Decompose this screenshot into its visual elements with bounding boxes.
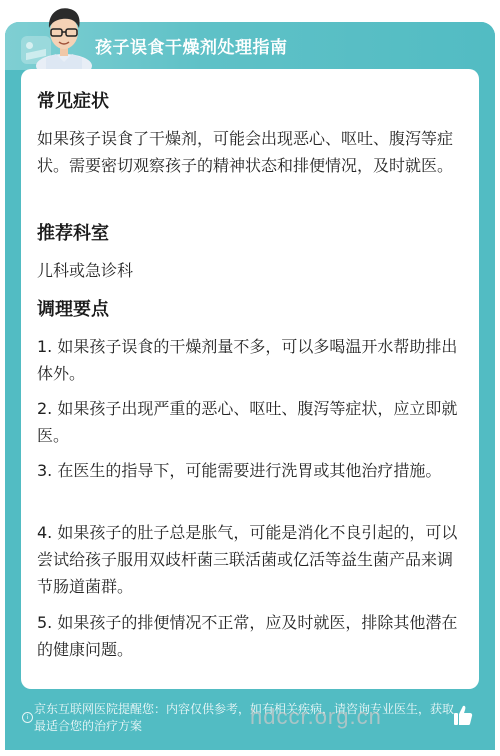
section-heading-care-tips: 调理要点	[37, 295, 109, 321]
care-tip-item: 3. 在医生的指导下，可能需要进行洗胃或其他治疗措施。	[37, 457, 465, 484]
info-icon: i	[22, 712, 33, 723]
care-tip-item: 1. 如果孩子误食的干燥剂量不多，可以多喝温开水帮助排出体外。	[37, 333, 465, 387]
care-tip-item: 4. 如果孩子的肚子总是胀气，可能是消化不良引起的，可以尝试给孩子服用双歧杆菌三…	[37, 519, 465, 600]
symptoms-text: 如果孩子误食了干燥剂，可能会出现恶心、呕吐、腹泻等症状。需要密切观察孩子的精神状…	[37, 125, 465, 179]
watermark: hdccr.org.cn	[250, 704, 382, 730]
page-title: 孩子误食干燥剂处理指南	[95, 33, 288, 58]
section-heading-symptoms: 常见症状	[37, 87, 109, 113]
care-tip-item: 5. 如果孩子的排便情况不正常，应及时就医，排除其他潜在的健康问题。	[37, 609, 465, 663]
content-card: 常见症状 如果孩子误食了干燥剂，可能会出现恶心、呕吐、腹泻等症状。需要密切观察孩…	[21, 69, 479, 689]
department-text: 儿科或急诊科	[37, 257, 465, 284]
section-heading-department: 推荐科室	[37, 219, 109, 245]
doctor-avatar	[32, 2, 96, 70]
disclaimer-text: 京东互联网医院提醒您：内容仅供参考，如有相关疾病，请咨询专业医生，获取最适合您的…	[34, 701, 454, 735]
care-tip-item: 2. 如果孩子出现严重的恶心、呕吐、腹泻等症状，应立即就医。	[37, 395, 465, 449]
thumbs-up-icon[interactable]	[453, 704, 473, 726]
